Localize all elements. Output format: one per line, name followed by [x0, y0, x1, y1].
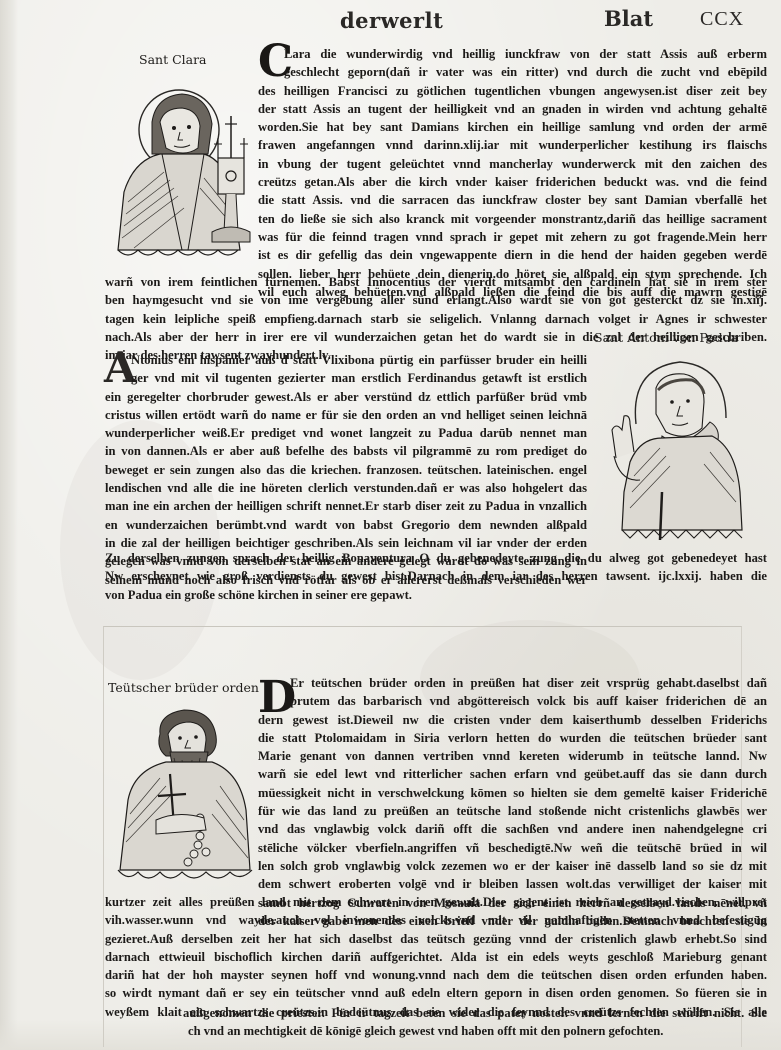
- text-line: die statt Assis. vnd die sarracen das iu…: [258, 191, 767, 209]
- text-line: dariñ hat der hoh mayster seynen hoff vn…: [105, 966, 767, 984]
- text-sant-antoni-full: Zu derselben zungen sprach der heillig B…: [105, 549, 767, 604]
- saint-clara-woodcut: [104, 82, 264, 270]
- text-line: außgenomen die priester. Für ir tagzeit …: [183, 1004, 767, 1022]
- text-line: kurtzer zeit alles preüßen land mit dem …: [105, 893, 767, 911]
- text-line: so wirdt nymant dañ er sey ein teütscher…: [105, 984, 767, 1002]
- text-teutscher-torn-2: ch vnd an mechtigkeit dē kōnigē gleich g…: [188, 1022, 708, 1040]
- text-line: Lara die wunderwirdig vnd heillig iunckf…: [284, 45, 767, 63]
- caption-sant-clara: Sant Clara: [139, 52, 207, 67]
- text-line: für wie das land zu preüßen an teütsche …: [258, 802, 767, 820]
- text-line: was für die feinnd tragen vnnd sprach ir…: [258, 228, 767, 246]
- text-line: wunderperlicher weiß.Er prediget vnd won…: [105, 424, 587, 442]
- text-line: dern gewest ist.Dieweil nw die cristen v…: [258, 711, 767, 729]
- caption-sant-antoni: Sant Antoni von Padua: [594, 330, 738, 345]
- text-line: creützs getan.Als aber die kirch vnder k…: [258, 173, 767, 191]
- text-line: des heilligen Francisci zu götlichen tug…: [258, 82, 767, 100]
- text-line: en wunderzaichen berümbt.vnd wardt von b…: [105, 516, 587, 534]
- teutonic-knight-woodcut: [108, 700, 258, 890]
- caption-teutscher-bruder-orden: Teütscher brüder orden: [108, 680, 259, 695]
- text-line: len solch grob vnglawbig volck zezemen w…: [258, 857, 767, 875]
- text-sant-clara-top: Lara die wunderwirdig vnd heillig iunckf…: [284, 45, 767, 82]
- text-line: ben haymgesucht vnd sie von ime vergebun…: [105, 291, 767, 309]
- text-line: ein geregelter chorbruder gewest.Als er …: [105, 388, 587, 406]
- text-line: ger vnd mit vil tugenten gezierter man e…: [131, 369, 587, 387]
- leaf-label: Blat: [604, 6, 653, 31]
- text-line: Zu derselben zungen sprach der heillig B…: [105, 549, 767, 567]
- text-line: beweget er sein zungen also das die krie…: [105, 461, 587, 479]
- text-line: gezieret.Auß derselben zeit her hat sich…: [105, 930, 767, 948]
- text-line: die statt Ptolomaidam in Siria verlorn h…: [258, 729, 767, 747]
- text-line: vnd das vnglawbig volck dariñ offt die s…: [258, 820, 767, 838]
- text-line: geschlecht geporn(dañ ir vater was ein r…: [284, 63, 767, 81]
- text-line: ten do ließe sie sich also kranck mit vo…: [258, 210, 767, 228]
- saint-anthony-woodcut: [600, 352, 748, 548]
- text-line: prutem das barbarisch vnd abgöttereisch …: [290, 692, 767, 710]
- text-sant-antoni-top: Ntonius ein hispanier auß d statt Vlixib…: [131, 351, 587, 388]
- text-line: warñ von irem feintlichen fürnemen. Babs…: [105, 273, 767, 291]
- page-left-edge: [0, 0, 18, 1050]
- book-page: derwerlt Blat CCX Sant Clara C Lara die …: [0, 0, 781, 1050]
- text-line: von Padua ein große schöne kirchen in se…: [105, 586, 767, 604]
- text-line: frawen angefanngen vnnd darinn.xlij.iar …: [258, 136, 767, 154]
- text-line: dem schwert eroberten volgē vnd ir bleib…: [258, 875, 767, 893]
- text-line: vih.wasser.wunn vnd wayde.auch vol inwon…: [105, 911, 767, 929]
- text-line: Ntonius ein hispanier auß d statt Vlixib…: [131, 351, 587, 369]
- text-sant-clara-column: des heilligen Francisci zu götlichen tug…: [258, 82, 767, 302]
- text-line: der statt Assis an tugent der heilligkei…: [258, 100, 767, 118]
- text-line: Marie genant von dannen vertriben vnnd k…: [258, 747, 767, 765]
- text-line: stēliche völcker vberfieln.angriffen vñ …: [258, 839, 767, 857]
- running-head: derwerlt: [340, 8, 443, 33]
- text-line: man ine ein archen der heilligen schrift…: [105, 497, 587, 515]
- text-teutscher-torn-1: außgenomen die priester. Für ir tagzeit …: [183, 1004, 767, 1022]
- text-line: lendischen vnd alle die ine höreten cler…: [105, 479, 587, 497]
- folio-number: CCX: [700, 8, 744, 31]
- text-line: cristus willen ertödt warñ do name er fü…: [105, 406, 587, 424]
- text-teutscher-full: kurtzer zeit alles preüßen land mit dem …: [105, 893, 767, 1021]
- text-line: warñ sie edel lewt vnd ritterlicher sach…: [258, 765, 767, 783]
- text-line: tagen kein leipliche speiß empfieng.darn…: [105, 310, 767, 328]
- text-line: ch vnd an mechtigkeit dē kōnigē gleich g…: [188, 1022, 708, 1040]
- text-line: darnach ettwieuil bischoflich kirchen da…: [105, 948, 767, 966]
- text-line: Nw erscheynet wie groß verdiensts du gew…: [105, 567, 767, 585]
- text-line: Er teütschen brüder orden in preüßen hat…: [290, 674, 767, 692]
- text-line: in vbung der tugent geleüchtet vnnd manc…: [258, 155, 767, 173]
- text-teutscher-top: Er teütschen brüder orden in preüßen hat…: [290, 674, 767, 711]
- text-line: ist es dir gefellig das dein vngewappent…: [258, 246, 767, 264]
- text-line: müessigkeit nicht in verschwelckung kōme…: [258, 784, 767, 802]
- text-line: in von dannen.Als er aber auß befelhe de…: [105, 442, 587, 460]
- text-line: worden.Sie hat bey sant Damians kirchen …: [258, 118, 767, 136]
